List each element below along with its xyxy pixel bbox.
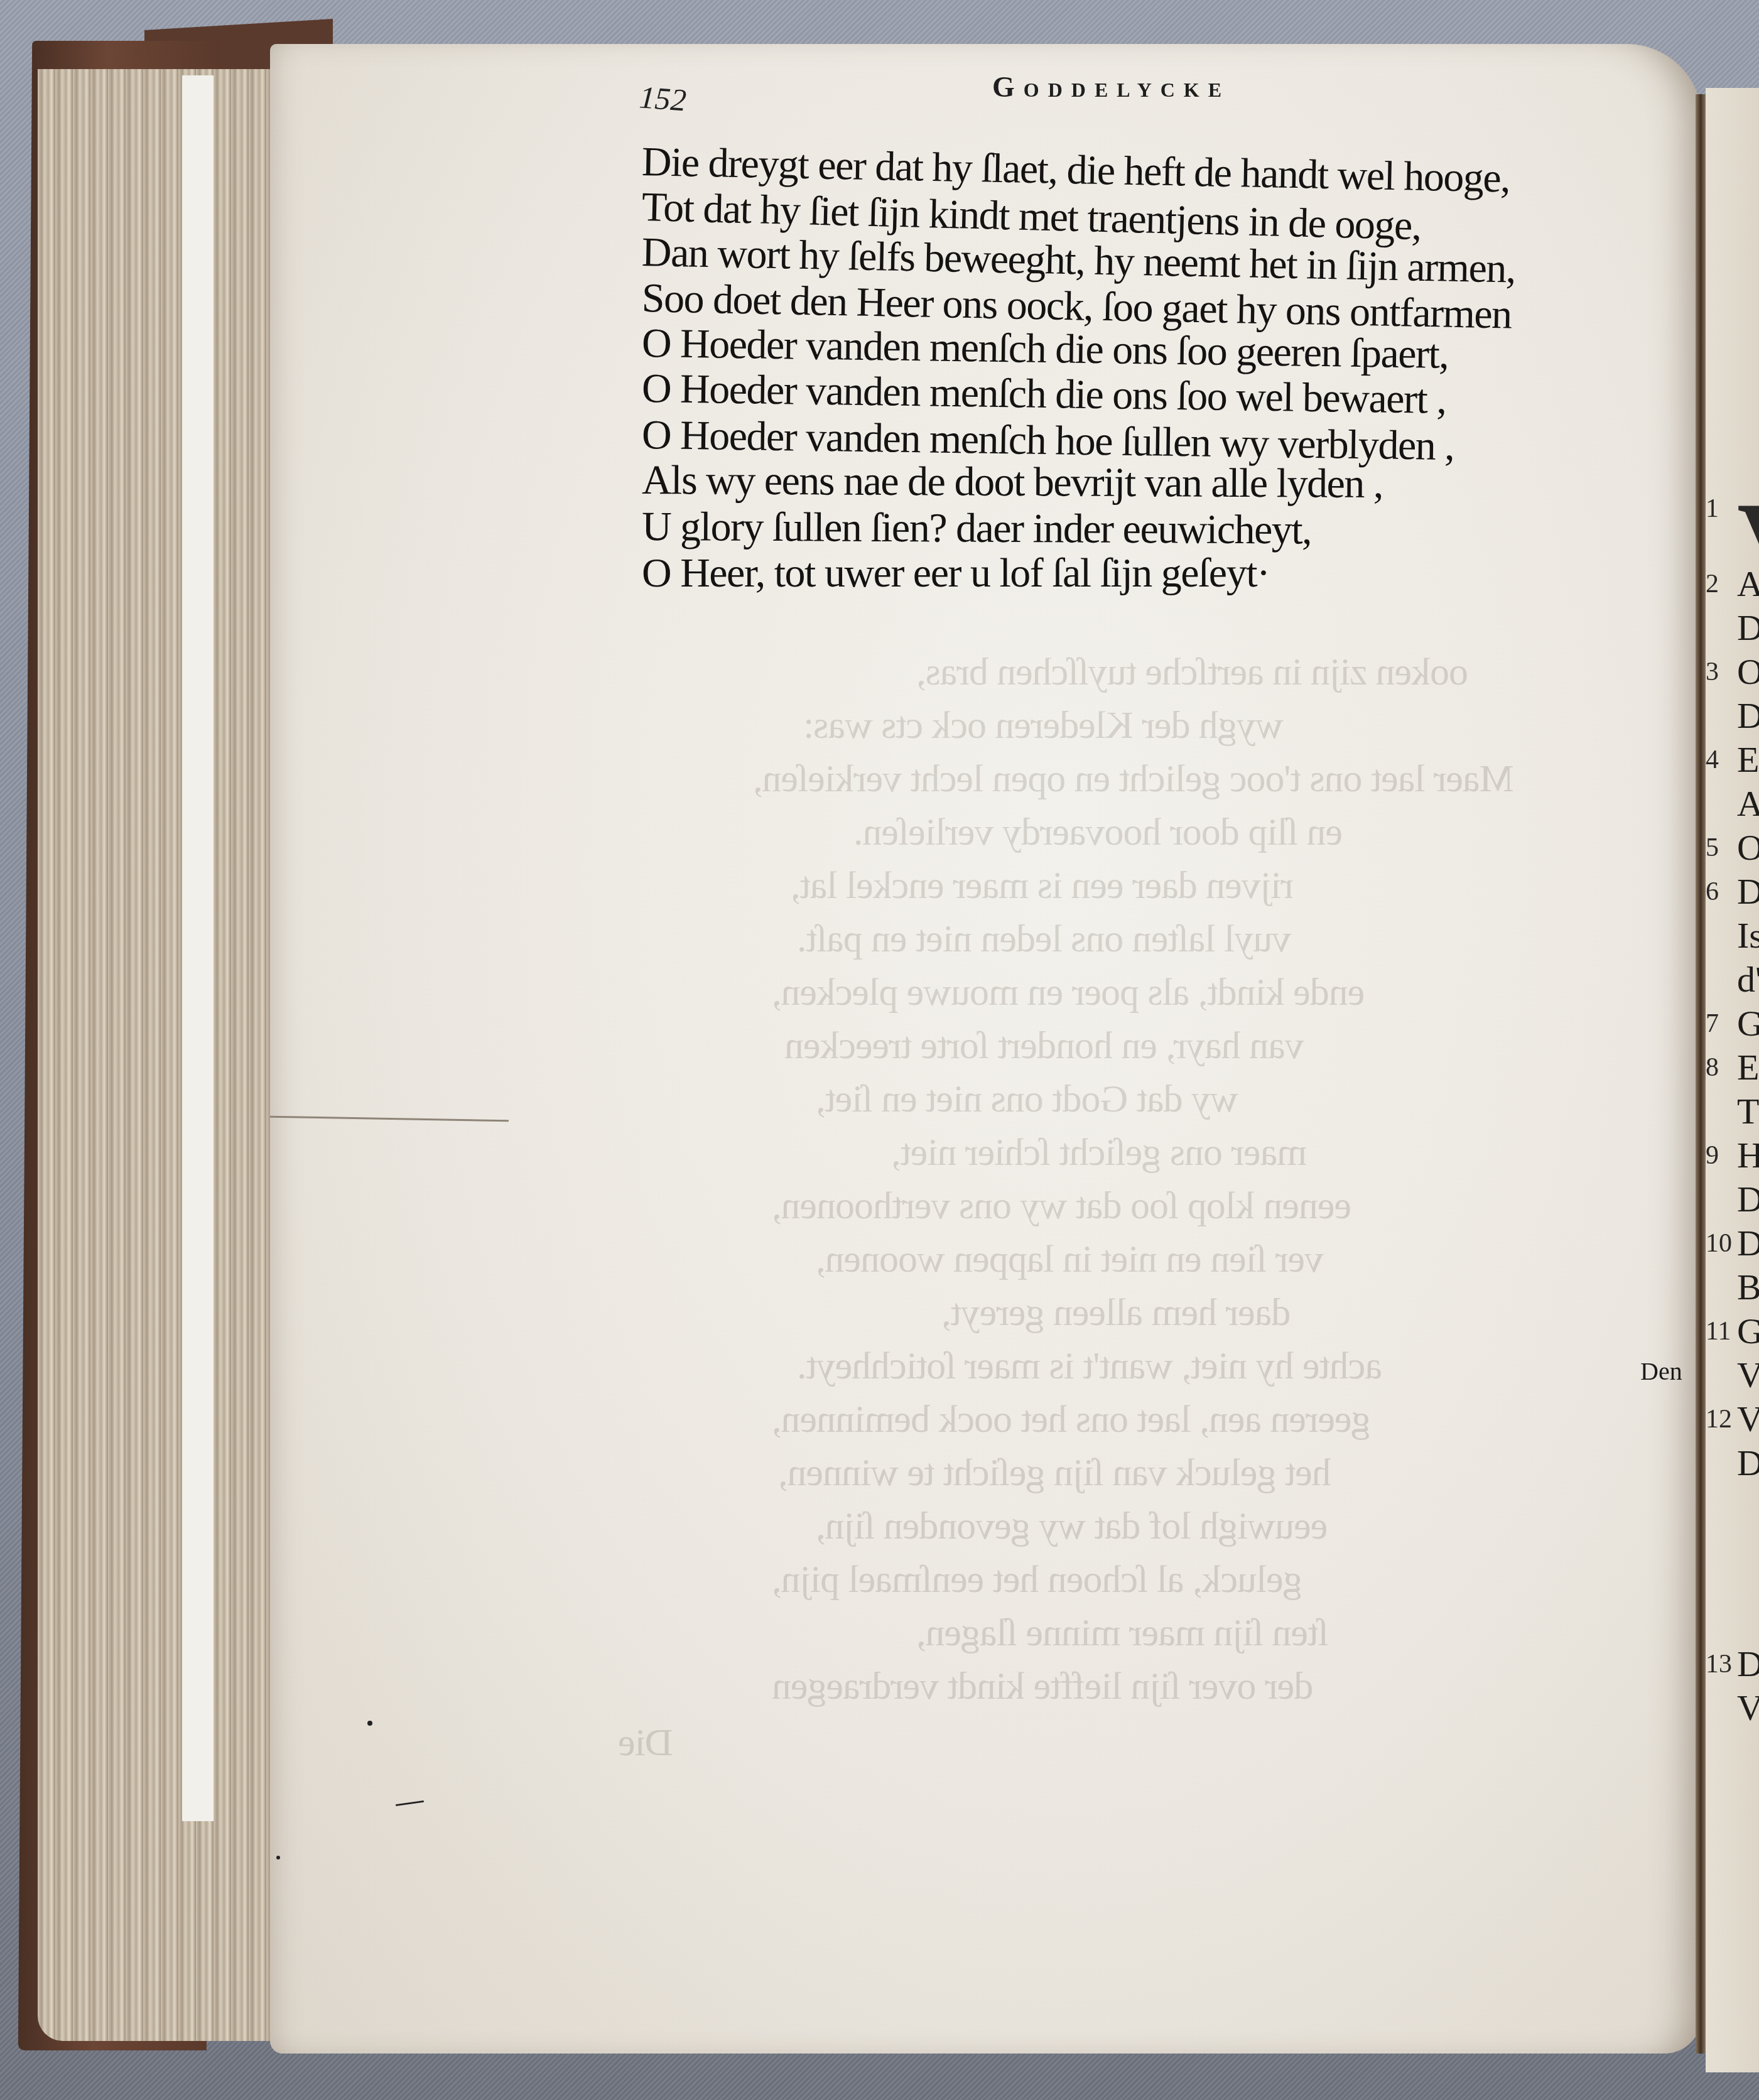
facing-line: 8En [1706,1049,1759,1086]
verse-line: O Hoeder vanden menſch die ons ſoo wel b… [642,368,1446,421]
facing-line: 13D [1706,1645,1759,1683]
facing-line: Is [1706,917,1759,955]
facing-line: D [1706,1181,1759,1218]
facing-line: d' [1706,961,1759,999]
facing-line: V [1706,1356,1759,1394]
facing-line: 3On [1706,653,1759,691]
facing-line: De [1706,609,1759,647]
facing-page: V 1 2Als De 3On De 4En Al 5O 6D Is d' 7G… [1706,88,1759,2072]
verse-line: Als wy eens nae de doot bevrijt van alle… [642,460,1383,505]
facing-line: 7G [1706,1005,1759,1042]
facing-line: 10D [1706,1225,1759,1262]
facing-line: 12V [1706,1400,1759,1438]
ink-speck [367,1721,372,1726]
facing-line: T [1706,1093,1759,1130]
page-number: 152 [638,78,688,118]
verse-line: O Heer, tot uwer eer u lof ſal ſijn geſe… [642,553,1269,594]
facing-line: De [1706,697,1759,735]
facing-line: V [1706,1689,1759,1727]
facing-line: 2Als [1706,565,1759,603]
facing-line: 5O [1706,829,1759,867]
facing-line: Al [1706,785,1759,823]
ink-speck [276,1856,280,1859]
facing-line: B [1706,1269,1759,1306]
facing-line: 9H [1706,1137,1759,1174]
facing-line: 11G [1706,1312,1759,1350]
facing-line: 6D [1706,873,1759,911]
facing-line: 4En [1706,741,1759,779]
facing-line: D [1706,1444,1759,1482]
facing-line: 1 [1706,490,1759,528]
verse-line: U glory ſullen ſien? daer inder eeuwiche… [642,506,1312,551]
book-gutter [1696,94,1706,2054]
white-flyleaf [182,75,214,1821]
catchword: Den [1640,1356,1682,1386]
running-head: Goddelycke [992,70,1230,104]
